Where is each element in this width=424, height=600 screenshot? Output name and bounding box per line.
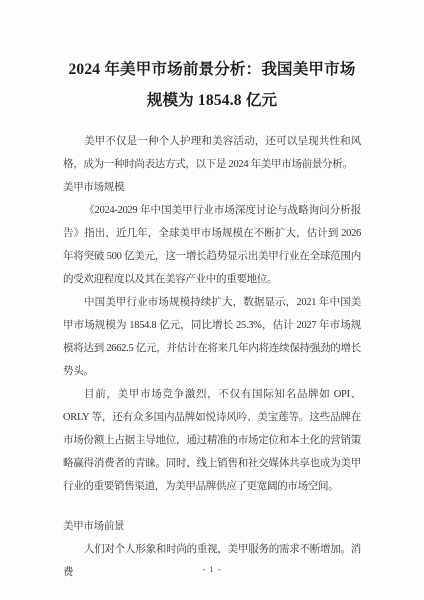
paragraph-china-market: 中国美甲行业市场规模持续扩大，数据显示，2021 年中国美甲市场规模为 1854… [63, 291, 361, 383]
paragraph-intro: 美甲不仅是一种个人护理和美容活动，还可以呈现共性和风格，成为一种时尚表达方式，以… [63, 130, 361, 176]
paragraph-competition: 目前，美甲市场竞争激烈，不仅有国际知名品牌如 OPI、ORLY 等，还有众多国内… [63, 383, 361, 498]
paragraph-global-market: 《2024-2029 年中国美甲行业市场深度讨论与战略询问分析报告》指出，近几年… [63, 199, 361, 291]
section-heading-market-size: 美甲市场规模 [63, 176, 361, 199]
page-number: - 1 - [0, 564, 424, 574]
document-body: 美甲不仅是一种个人护理和美容活动，还可以呈现共性和风格，成为一种时尚表达方式，以… [63, 130, 361, 584]
paragraph-outlook: 人们对个人形象和时尚的重视，美甲服务的需求不断增加。消费 [63, 538, 361, 584]
document-page: 2024 年美甲市场前景分析：我国美甲市场规模为 1854.8 亿元 美甲不仅是… [0, 0, 424, 600]
section-heading-market-outlook: 美甲市场前景 [63, 515, 361, 538]
document-title: 2024 年美甲市场前景分析：我国美甲市场规模为 1854.8 亿元 [63, 54, 361, 116]
